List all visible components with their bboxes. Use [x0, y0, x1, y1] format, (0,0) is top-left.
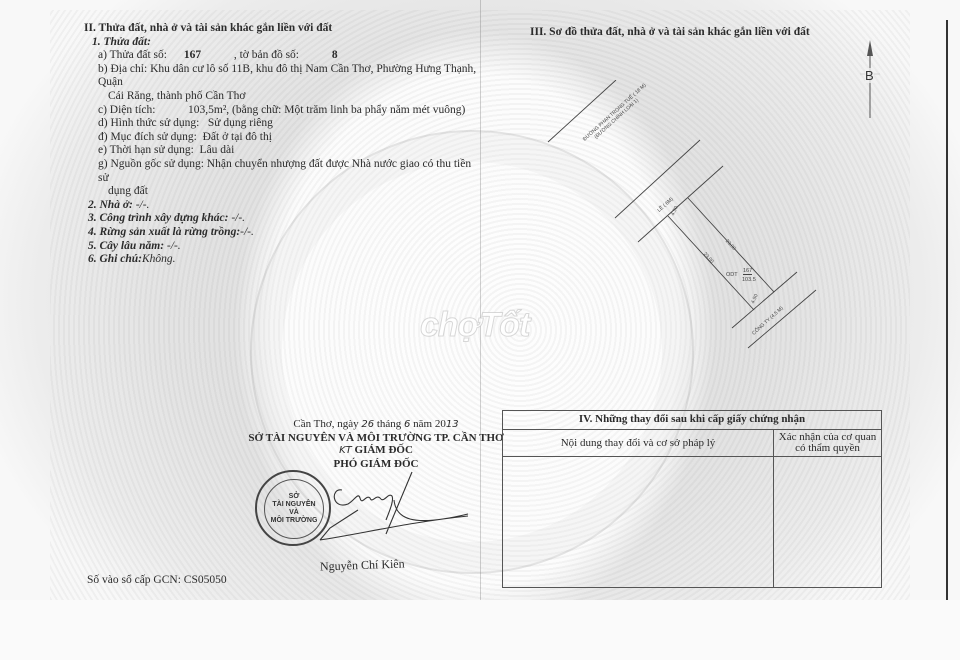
- origin-row: g) Nguồn gốc sử dụng: Nhận chuyển nhượng…: [84, 158, 484, 185]
- role1: GIÁM ĐỐC: [355, 444, 413, 456]
- perennial-trees-value: -/-.: [167, 240, 181, 252]
- role2: PHÓ GIÁM ĐỐC: [236, 458, 516, 471]
- map-sheet-label: , tờ bản đồ số:: [234, 49, 299, 61]
- usage-form-value: Sử dụng riêng: [208, 117, 273, 129]
- address-line1: Khu dân cư lô số 11B, khu đô thị Nam Cần…: [98, 63, 476, 89]
- purpose-row: đ) Mục đích sử dụng: Đất ở tại đô thị: [84, 131, 484, 145]
- role-line1: KT GIÁM ĐỐC: [236, 444, 516, 458]
- planted-forest-value: -/-.: [240, 226, 254, 238]
- perennial-trees-label: 5. Cây lâu năm:: [88, 240, 164, 252]
- address-row: b) Địa chỉ: Khu dân cư lô số 11B, khu đô…: [84, 63, 484, 90]
- signature-block: Cần Thơ, ngày 26 tháng 6 năm 2013 SỞ TÀI…: [236, 418, 516, 470]
- date-year: 13: [446, 419, 459, 430]
- date-prefix: Cần Thơ, ngày: [293, 418, 358, 430]
- origin-label: g) Nguồn gốc sử dụng:: [98, 158, 204, 170]
- usage-form-row: d) Hình thức sử dụng: Sử dụng riêng: [84, 117, 484, 131]
- date-month: 6: [404, 419, 410, 430]
- chotot-watermark: chợTốt: [420, 306, 529, 345]
- area-row: c) Diện tích:103,5m², (bằng chữ: Một tră…: [84, 104, 484, 118]
- changes-confirmation-cell: [774, 457, 882, 588]
- date-day: 26: [361, 419, 374, 430]
- parcel-diagram: ĐƯỜNG PHAN TRỌNG TUỆ ( 18 M) (ĐƯỜNG CHÍN…: [540, 80, 820, 350]
- notes-value: Không.: [142, 253, 176, 265]
- perennial-trees-row: 5. Cây lâu năm: -/-.: [84, 240, 484, 254]
- origin-line2: dụng đất: [84, 185, 484, 199]
- stamp-line3: VÀ: [289, 509, 299, 517]
- changes-col-content: Nội dung thay đổi và cơ sở pháp lý: [503, 430, 774, 457]
- changes-table: IV. Những thay đổi sau khi cấp giấy chứn…: [502, 410, 882, 588]
- issuing-organization: SỞ TÀI NGUYÊN VÀ MÔI TRƯỜNG TP. CẦN THƠ: [236, 432, 516, 445]
- area-label: c) Diện tích:: [98, 104, 188, 118]
- bottom-margin: [0, 600, 960, 660]
- planted-forest-row: 4. Rừng sản xuất là rừng trồng:-/-.: [84, 226, 484, 240]
- changes-table-title: IV. Những thay đổi sau khi cấp giấy chứn…: [503, 411, 882, 430]
- house-row: 2. Nhà ở: -/-.: [84, 199, 484, 213]
- diagram-area: 103.5: [742, 277, 756, 283]
- stamp-line1: SỞ: [289, 493, 300, 501]
- area-value: 103,5m², (bằng chữ: Một trăm linh ba phẩ…: [188, 104, 465, 116]
- parcel-label: a) Thửa đất số:: [98, 49, 167, 61]
- planted-forest-label: 4. Rừng sản xuất là rừng trồng:: [88, 226, 240, 238]
- year-label: năm 20: [413, 418, 446, 430]
- changes-content-cell: [503, 457, 774, 588]
- section-land-details: II. Thửa đất, nhà ở và tài sản khác gắn …: [84, 22, 484, 267]
- other-construction-value: -/-.: [231, 212, 245, 224]
- changes-col-confirmation: Xác nhận của cơ quan có thẩm quyền: [774, 430, 882, 457]
- address-line2: Cái Răng, thành phố Cần Thơ: [84, 90, 484, 104]
- date-line: Cần Thơ, ngày 26 tháng 6 năm 2013: [236, 418, 516, 432]
- usage-form-label: d) Hình thức sử dụng:: [98, 117, 199, 129]
- registration-value: CS05050: [184, 574, 227, 586]
- term-row: e) Thời hạn sử dụng: Lâu dài: [84, 144, 484, 158]
- diagram-parcel-number: 167: [743, 268, 752, 275]
- certificate-page: II. Thửa đất, nhà ở và tài sản khác gắn …: [0, 0, 960, 660]
- address-label: b) Địa chỉ:: [98, 63, 147, 75]
- signer-name: Nguyễn Chí Kiên: [320, 557, 405, 575]
- signature-icon: [300, 470, 470, 560]
- month-label: tháng: [377, 418, 401, 430]
- land-code-label: ODT: [726, 272, 738, 278]
- term-label: e) Thời hạn sử dụng:: [98, 144, 194, 156]
- parcel-number: 167: [184, 49, 234, 63]
- section2-heading: II. Thửa đất, nhà ở và tài sản khác gắn …: [84, 22, 484, 36]
- term-value: Lâu dài: [200, 144, 235, 156]
- registration-number: Số vào sổ cấp GCN: CS05050: [87, 574, 227, 586]
- house-value: -/-.: [136, 199, 150, 211]
- map-sheet-number: 8: [332, 49, 338, 61]
- land-subheading: 1. Thửa đất:: [84, 36, 484, 50]
- purpose-value: Đất ở tại đô thị: [203, 131, 272, 143]
- north-label: B: [865, 68, 874, 83]
- other-construction-row: 3. Công trình xây dựng khác: -/-.: [84, 212, 484, 226]
- house-label: 2. Nhà ở:: [88, 199, 133, 211]
- notes-label: 6. Ghi chú:: [88, 253, 142, 265]
- col2-line2: có thẩm quyền: [778, 443, 877, 454]
- section3-heading: III. Sơ đồ thửa đất, nhà ở và tài sản kh…: [530, 26, 810, 38]
- purpose-label: đ) Mục đích sử dụng:: [98, 131, 197, 143]
- other-construction-label: 3. Công trình xây dựng khác:: [88, 212, 228, 224]
- registration-label: Số vào sổ cấp GCN:: [87, 574, 181, 586]
- page-edge: [946, 20, 948, 650]
- parcel-row: a) Thửa đất số: 167, tờ bản đồ số: 8: [84, 49, 484, 63]
- on-behalf-mark: KT: [339, 445, 352, 456]
- notes-row: 6. Ghi chú:Không.: [84, 253, 484, 267]
